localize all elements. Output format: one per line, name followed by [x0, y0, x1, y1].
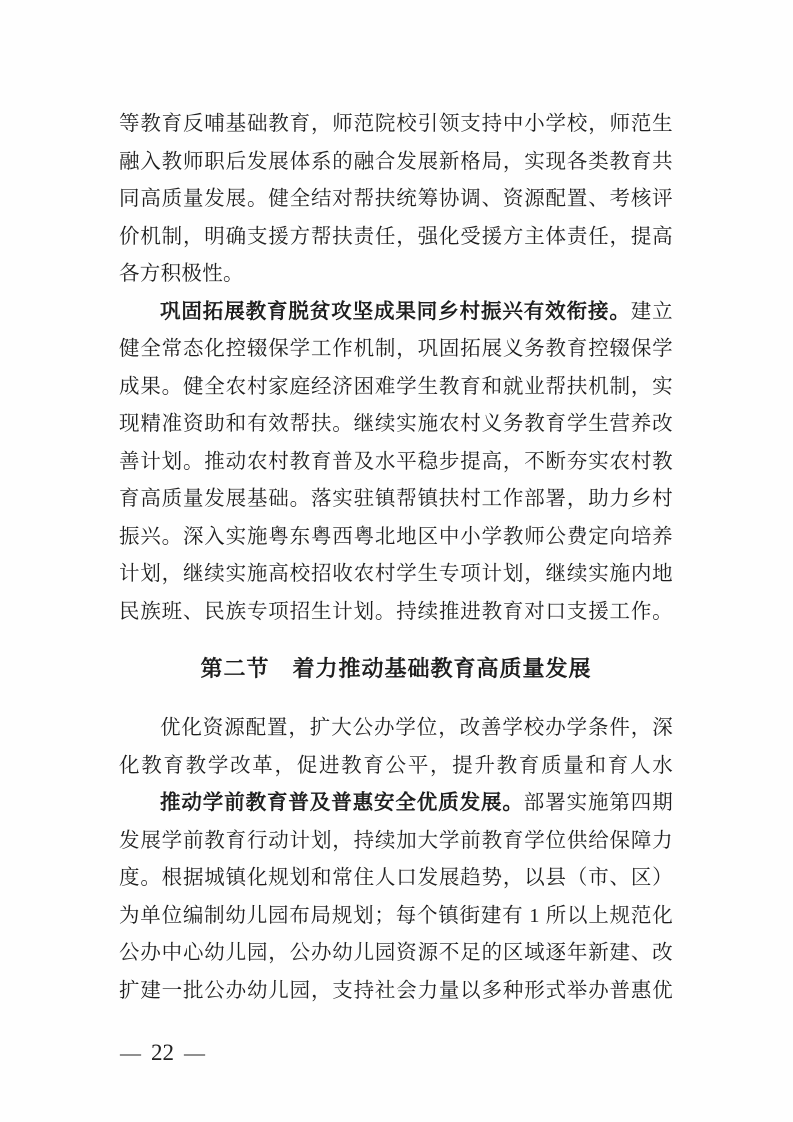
footer-dash-right: — — [184, 1041, 205, 1065]
paragraph-resource-optimization: 优化资源配置，扩大公办学位，改善学校办学条件，深 化教育教学改革，促进教育公平，… — [119, 710, 673, 785]
body-line: 扩建一批公办幼儿园，支持社会力量以多种形式举办普惠优 — [119, 973, 673, 1011]
body-line: 价机制，明确支援方帮扶责任，强化受援方主体责任，提高 — [119, 219, 673, 257]
body-line: 度。根据城镇化规划和常住人口发展趋势，以县（市、区） — [119, 860, 673, 898]
body-line: 成果。健全农村家庭经济困难学生教育和就业帮扶机制，实 — [119, 369, 673, 407]
body-line: 育高质量发展基础。落实驻镇帮镇扶村工作部署，助力乡村 — [119, 481, 673, 519]
body-line: 民族班、民族专项招生计划。持续推进教育对口支援工作。 — [119, 594, 673, 632]
page-number: 22 — [151, 1040, 174, 1065]
body-line: 善计划。推动农村教育普及水平稳步提高，不断夯实农村教 — [119, 444, 673, 482]
document-body: 等教育反哺基础教育，师范院校引领支持中小学校，师范生 融入教师职后发展体系的融合… — [119, 106, 673, 1010]
body-line: 优化资源配置，扩大公办学位，改善学校办学条件，深 — [119, 710, 673, 748]
paragraph-rural-revitalization: 巩固拓展教育脱贫攻坚成果同乡村振兴有效衔接。建立 健全常态化控辍保学工作机制，巩… — [119, 294, 673, 632]
body-line: 融入教师职后发展体系的融合发展新格局，实现各类教育共 — [119, 144, 673, 182]
body-line: 健全常态化控辍保学工作机制，巩固拓展义务教育控辍保学 — [119, 331, 673, 369]
paragraph-lead-bold: 推动学前教育普及普惠安全优质发展。 — [160, 792, 524, 814]
paragraph-lead-bold: 巩固拓展教育脱贫攻坚成果同乡村振兴有效衔接。 — [160, 301, 631, 323]
body-line: 为单位编制幼儿园布局规划；每个镇街建有 1 所以上规范化 — [119, 898, 673, 936]
body-line: 各方积极性。 — [119, 256, 673, 294]
body-line: 化教育教学改革，促进教育公平，提升教育质量和育人水平。 — [119, 748, 673, 786]
page-footer: —22— — [120, 1036, 205, 1070]
paragraph-education-collaboration: 等教育反哺基础教育，师范院校引领支持中小学校，师范生 融入教师职后发展体系的融合… — [119, 106, 673, 294]
document-page: 等教育反哺基础教育，师范院校引领支持中小学校，师范生 融入教师职后发展体系的融合… — [0, 0, 793, 1122]
body-line: 公办中心幼儿园，公办幼儿园资源不足的区域逐年新建、改 — [119, 935, 673, 973]
body-line: 巩固拓展教育脱贫攻坚成果同乡村振兴有效衔接。建立 — [119, 294, 673, 332]
body-line: 等教育反哺基础教育，师范院校引领支持中小学校，师范生 — [119, 106, 673, 144]
section-heading: 第二节 着力推动基础教育高质量发展 — [119, 649, 673, 689]
paragraph-lead-rest: 部署实施第四期 — [524, 792, 673, 814]
paragraph-lead-rest: 建立 — [631, 301, 673, 323]
footer-dash-left: — — [120, 1041, 141, 1065]
body-line: 推动学前教育普及普惠安全优质发展。部署实施第四期 — [119, 785, 673, 823]
body-line: 计划，继续实施高校招收农村学生专项计划，继续实施内地 — [119, 556, 673, 594]
paragraph-preschool-education: 推动学前教育普及普惠安全优质发展。部署实施第四期 发展学前教育行动计划，持续加大… — [119, 785, 673, 1010]
body-line: 同高质量发展。健全结对帮扶统筹协调、资源配置、考核评 — [119, 181, 673, 219]
body-line: 现精准资助和有效帮扶。继续实施农村义务教育学生营养改 — [119, 406, 673, 444]
body-line: 发展学前教育行动计划，持续加大学前教育学位供给保障力 — [119, 823, 673, 861]
body-line: 振兴。深入实施粤东粤西粤北地区中小学教师公费定向培养 — [119, 519, 673, 557]
